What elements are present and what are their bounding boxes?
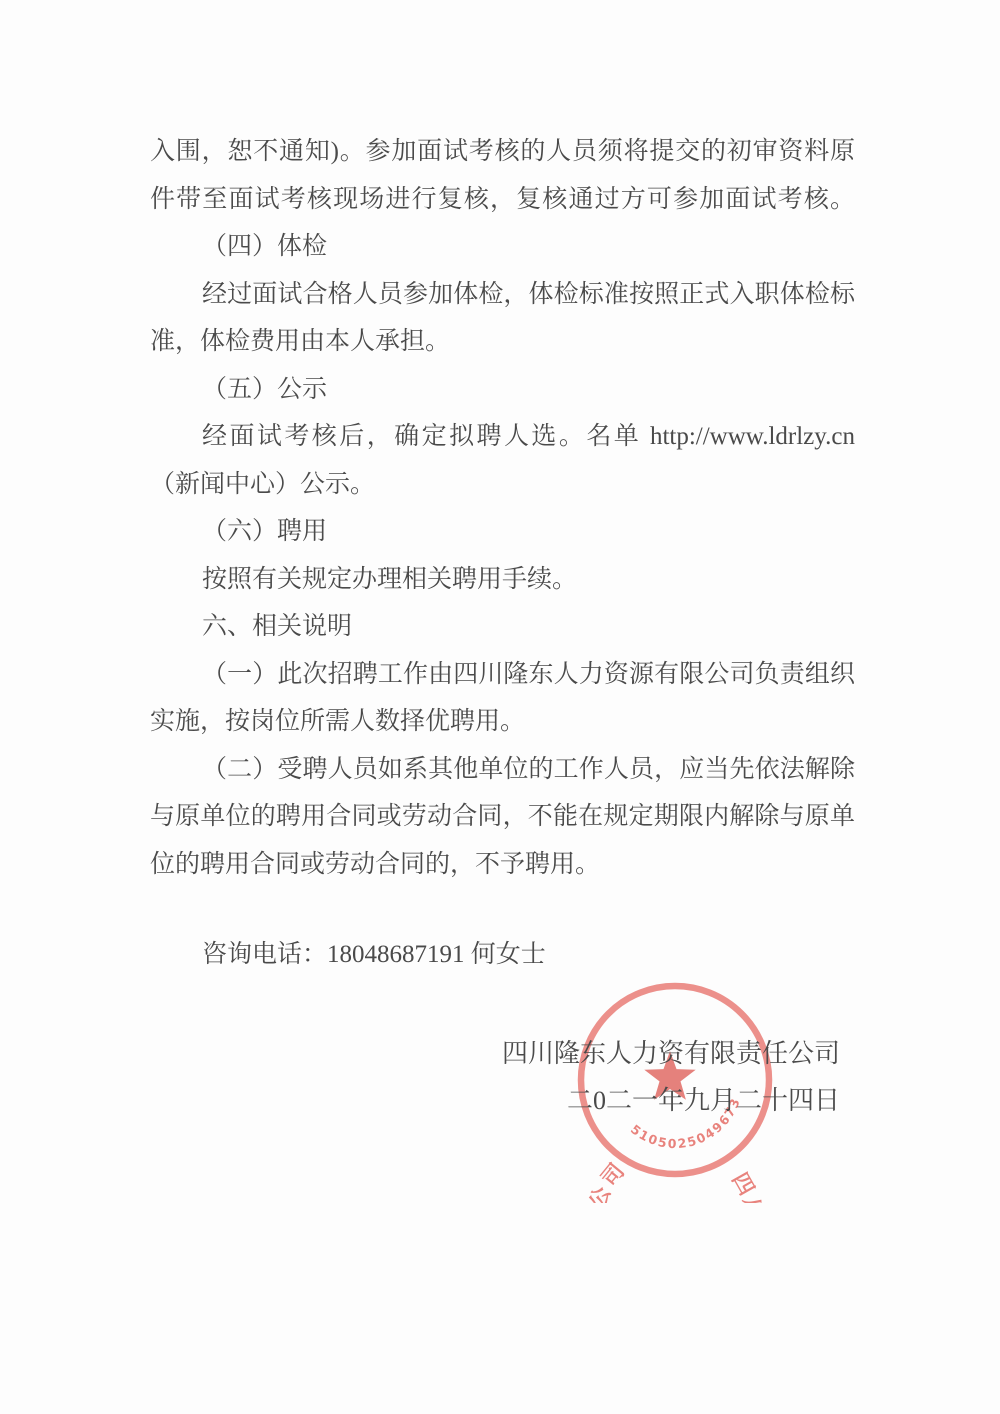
signature-block: 四川隆东人力资有限责任公司 二0二一年九月二十四日 <box>150 1030 855 1125</box>
body-line: 准，体检费用由本人承担。 <box>150 318 855 366</box>
body-line: （一）此次招聘工作由四川隆东人力资源有限公司负责组织 <box>150 651 855 699</box>
body-line: 与原单位的聘用合同或劳动合同，不能在规定期限内解除与原单 <box>150 793 855 841</box>
contact-phone-line: 咨询电话：18048687191 何女士 <box>150 931 855 979</box>
signature-date: 二0二一年九月二十四日 <box>150 1077 840 1125</box>
body-line: 按照有关规定办理相关聘用手续。 <box>150 556 855 604</box>
body-line: 入围，恕不通知)。参加面试考核的人员须将提交的初审资料原 <box>150 128 855 176</box>
body-line: 经过面试合格人员参加体检，体检标准按照正式入职体检标 <box>150 271 855 319</box>
body-line: 件带至面试考核现场进行复核，复核通过方可参加面试考核。 <box>150 176 855 224</box>
section-heading-4-physical-exam: （四）体检 <box>150 223 855 271</box>
document-body: 入围，恕不通知)。参加面试考核的人员须将提交的初审资料原 件带至面试考核现场进行… <box>150 128 855 1125</box>
section-heading-5-public-notice: （五）公示 <box>150 366 855 414</box>
body-line-with-url: 经面试考核后，确定拟聘人选。名单 http://www.ldrlzy.cn <box>150 413 855 461</box>
body-line: （二）受聘人员如系其他单位的工作人员，应当先依法解除 <box>150 746 855 794</box>
body-line: 位的聘用合同或劳动合同的，不予聘用。 <box>150 841 855 889</box>
body-line: 实施，按岗位所需人数择优聘用。 <box>150 698 855 746</box>
body-line: （新闻中心）公示。 <box>150 461 855 509</box>
svg-text:四川隆东人力资源有限责任公司: 四川隆东人力资源有限责任公司 <box>584 1157 767 1203</box>
seal-ring-text: 四川隆东人力资源有限责任公司 <box>584 1157 767 1203</box>
section-heading-related-notes: 六、相关说明 <box>150 603 855 651</box>
section-heading-6-employment: （六）聘用 <box>150 508 855 556</box>
document-page: 四川隆东人力资源有限责任公司 5105025049673 入围，恕不通知)。参加… <box>0 0 1000 1414</box>
signature-company-name: 四川隆东人力资有限责任公司 <box>150 1030 840 1078</box>
